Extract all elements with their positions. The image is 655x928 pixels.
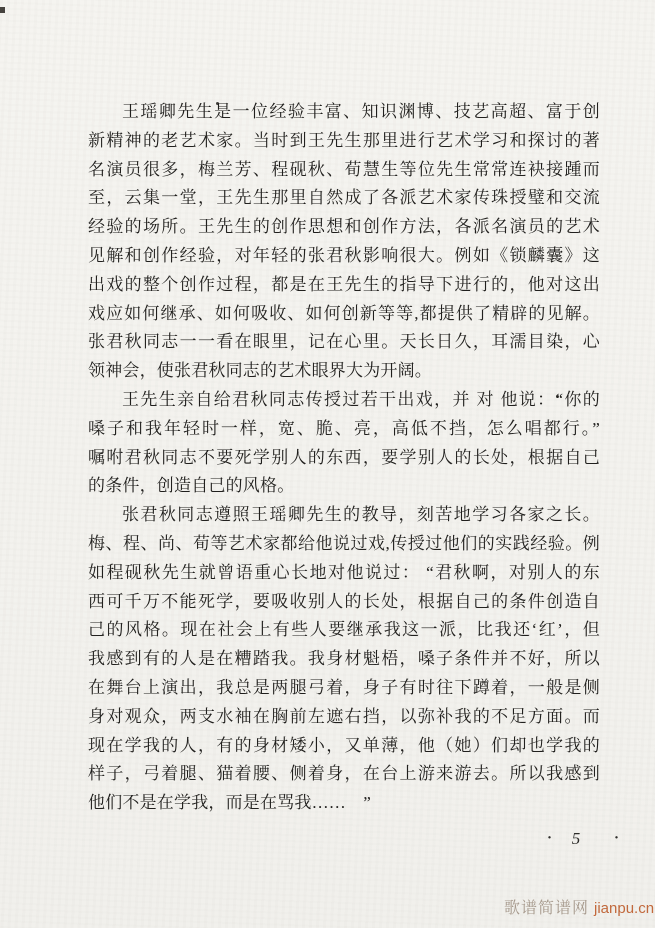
page-number: · 5 · xyxy=(547,827,619,849)
text-line: 现在学我的人，有的身材矮小，又单薄，他（她）们却也学我的 xyxy=(88,732,600,761)
text-line: 嗓子和我年轻时一样，宽、脆、亮，高低不挡，怎么唱都行。” xyxy=(88,415,600,444)
text-line: 张君秋同志一一看在眼里，记在心里。天长日久，耳濡目染，心 xyxy=(88,328,600,357)
text-line: 梅、程、尚、荀等艺术家都给他说过戏,传授过他们的实践经验。例 xyxy=(88,530,600,559)
page-number-dot-left: · xyxy=(547,831,552,846)
text-line: 西可千万不能死学，要吸收别人的长处，根据自己的条件创造自 xyxy=(88,588,600,617)
text-line: 身对观众，两支水袖在胸前左遮右挡，以弥补我的不足方面。而 xyxy=(88,703,600,732)
text-line: 嘱咐君秋同志不要死学别人的东西，要学别人的长处，根据自己 xyxy=(88,444,600,473)
text-line: 戏应如何继承、如何吸收、如何创新等等,都提供了精辟的见解。 xyxy=(88,300,600,329)
scan-speck xyxy=(0,7,5,13)
text-line: 新精神的老艺术家。当时到王先生那里进行艺术学习和探讨的著 xyxy=(88,127,600,156)
text-line: 出戏的整个创作过程，都是在王先生的指导下进行的，他对这出 xyxy=(88,271,600,300)
text-line: 王瑶卿先生是一位经验丰富、知识渊博、技艺高超、富于创 xyxy=(88,98,600,127)
text-line: 他们不是在学我，而是在骂我…… ” xyxy=(88,789,600,818)
text-line: 王先生亲自给君秋同志传授过若干出戏，并 对 他说：“你的 xyxy=(88,386,600,415)
text-line: 己的风格。现在社会上有些人要继承我这一派，比我还‘红’，但 xyxy=(88,616,600,645)
text-line: 至，云集一堂，王先生那里自然成了各派艺术家传珠授璧和交流 xyxy=(88,184,600,213)
text-line: 样子，弓着腿、猫着腰、侧着身，在台上游来游去。所以我感到 xyxy=(88,760,600,789)
text-line: 如程砚秋先生就曾语重心长地对他说过： “君秋啊，对别人的东 xyxy=(88,559,600,588)
text-line: 在舞台上演出，我总是两腿弓着，身子有时往下蹲着，一般是侧 xyxy=(88,674,600,703)
page-number-dot-right: · xyxy=(614,831,619,846)
text-line: 见解和创作经验，对年轻的张君秋影响很大。例如《锁麟囊》这 xyxy=(88,242,600,271)
text-line: 经验的场所。王先生的创作思想和创作方法，各派名演员的艺术 xyxy=(88,213,600,242)
text-line: 我感到有的人是在糟踏我。我身材魁梧，嗓子条件并不好，所以 xyxy=(88,645,600,674)
book-page: 王瑶卿先生是一位经验丰富、知识渊博、技艺高超、富于创新精神的老艺术家。当时到王先… xyxy=(0,0,655,928)
text-line: 的条件，创造自己的风格。 xyxy=(88,472,600,501)
text-body: 王瑶卿先生是一位经验丰富、知识渊博、技艺高超、富于创新精神的老艺术家。当时到王先… xyxy=(88,98,600,818)
text-line: 张君秋同志遵照王瑶卿先生的教导，刻苦地学习各家之长。 xyxy=(88,501,600,530)
text-line: 领神会，使张君秋同志的艺术眼界大为开阔。 xyxy=(88,357,600,386)
watermark: 歌谱简谱网 jianpu.cn xyxy=(504,899,654,919)
page-number-value: 5 xyxy=(572,830,595,847)
watermark-site-url: jianpu.cn xyxy=(594,900,654,917)
text-line: 名演员很多，梅兰芳、程砚秋、荀慧生等位先生常常连袂接踵而 xyxy=(88,156,600,185)
watermark-site-name: 歌谱简谱网 xyxy=(504,900,594,917)
